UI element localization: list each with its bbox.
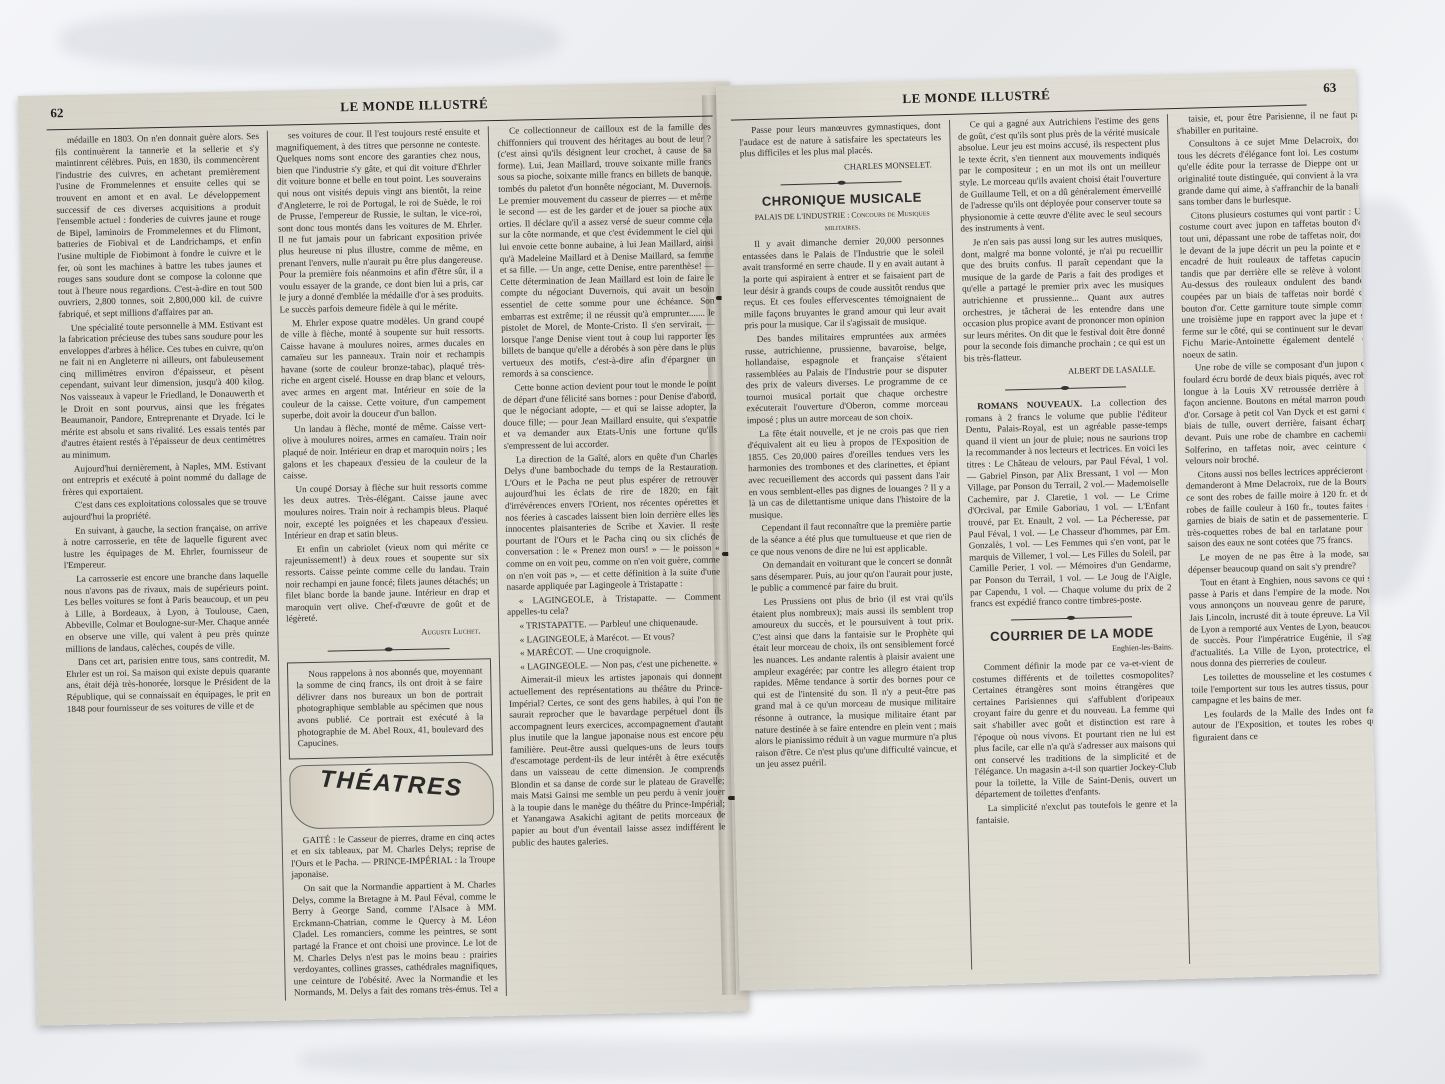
dateline: Enghien-les-Bains. (971, 642, 1173, 659)
paragraph: Cependant il faut reconnaître que la pre… (749, 518, 951, 558)
paragraph: médaille en 1803. On n'en donnait guère … (55, 131, 263, 321)
theatres-banner-title: THÉATRES (320, 773, 464, 794)
paragraph: Consultons à ce sujet Mme Delacroix, don… (1177, 134, 1365, 208)
romans-text: La collection des romans à 2 francs le v… (965, 396, 1171, 608)
paragraph: Citons aussi nos belles lectrices appréc… (1185, 465, 1374, 551)
paragraph: Il y avait dimanche dernier 20,000 perso… (742, 234, 946, 332)
page-number: 62 (50, 105, 63, 121)
column-3: taisie, et, pour être Parisienne, il ne … (1168, 109, 1379, 964)
newspaper-page-right: LE MONDE ILLUSTRÉ 63 Passe pour leurs ma… (716, 69, 1379, 990)
paragraph: Ce collectionneur de cailloux est de la … (497, 121, 716, 380)
paragraph: Je n'en sais pas aussi long sur les autr… (961, 232, 1166, 365)
paragraph: Une robe de ville se composant d'un jupo… (1183, 358, 1372, 467)
column-2: ses voitures de cour. Il l'est toujours … (268, 126, 507, 1000)
section-divider (328, 648, 450, 652)
subscriber-notice: Nous rappelons à nos abonnés que, moyenn… (287, 658, 493, 759)
paragraph: On demandait en voiturant que le concert… (750, 555, 952, 595)
columns: médaille en 1803. On n'en donnait guère … (47, 121, 737, 1005)
page-number: 63 (1323, 80, 1336, 96)
column-2: Ce qui a gagné aux Autrichiens l'estime … (950, 114, 1191, 969)
notice-text: Nous rappelons à nos abonnés que, moyenn… (296, 665, 484, 750)
paragraph: ses voitures de cour. Il l'est toujours … (276, 126, 484, 316)
paragraph: taisie, et, pour être Parisienne, il ne … (1176, 109, 1363, 137)
masthead: LE MONDE ILLUSTRÉ (98, 91, 730, 120)
paragraph: Aujourd'hui dernièrement, à Naples, MM. … (62, 460, 267, 499)
romans-lead: ROMANS NOUVEAUX. (977, 399, 1082, 412)
author-signature: Auguste Luchet. (286, 625, 480, 641)
paragraph: Un landau à flèche, monté de même. Caiss… (282, 420, 487, 482)
column-1: Passe pour leurs manœuvres gymnastiques,… (731, 120, 972, 975)
section-divider (781, 182, 902, 186)
column-1: médaille en 1803. On n'en donnait guère … (47, 131, 286, 1005)
paragraph: La fête était nouvelle, et je ne crois p… (747, 424, 951, 522)
paragraph: Une spécialité toute personnelle à MM. E… (59, 318, 266, 461)
paragraph: Aimerait-il mieux les artistes japonais … (508, 671, 725, 849)
paragraph: La simplicité n'exclut pas toutefois le … (976, 798, 1178, 826)
columns: Passe pour leurs manœuvres gymnastiques,… (731, 109, 1379, 975)
newspaper-page-left: 62 LE MONDE ILLUSTRÉ médaille en 1803. O… (18, 81, 749, 1026)
section-divider (1011, 616, 1132, 620)
theatres-banner-illustration: THÉATRES (289, 761, 494, 829)
paragraph: Les toilettes de mousseline et les costu… (1191, 668, 1379, 708)
section-heading: CHRONIQUE MUSICALE (741, 191, 943, 208)
paragraph: C'est dans ces exploitations colossales … (62, 496, 267, 523)
paragraph: Les foulards de la Malle des Indes ont f… (1192, 705, 1380, 745)
author-signature: ALBERT DE LASALLE. (964, 364, 1156, 381)
paragraph: En suivant, à gauche, la section françai… (63, 521, 268, 572)
paragraph: Des bandes militaires empruntées aux arm… (745, 329, 949, 427)
paragraph: M. Ehrler expose quatre modèles. Un gran… (280, 314, 486, 423)
paragraph: Les Prussiens ont plus de brio (il est v… (751, 592, 957, 771)
cloth-fold (300, 1040, 1200, 1080)
paragraph: La carrosserie est encore une branche da… (64, 570, 270, 655)
author-signature: CHARLES MONSELET. (740, 159, 932, 176)
paragraph: Tout en étant à Enghien, nous savons ce … (1188, 573, 1377, 671)
column-3: Ce collectionneur de cailloux est de la … (489, 121, 737, 996)
paragraph: Passe pour leurs manœuvres gymnastiques,… (739, 120, 941, 160)
paragraph: Le moyen de ne pas être à la mode, sans … (1188, 548, 1375, 576)
paragraph: Citons plusieurs costumes qui vont parti… (1179, 206, 1370, 362)
theatres-lead: GAITÉ : le Casseur de pierres, drame en … (291, 831, 496, 882)
theatres-body: On sait que la Normandie appartient à M.… (292, 879, 499, 1000)
paragraph: Et enfin un cabriolet (vieux nom qui mér… (285, 540, 491, 625)
paragraph: La direction de la Gaîté, alors en quête… (504, 450, 721, 594)
dialogue-line: « LAGINGEOLE, à Tristapatte. — Comment a… (507, 591, 721, 619)
section-heading: COURRIER DE LA MODE (971, 626, 1173, 643)
paragraph: Dans cet art, parisien entre tous, sans … (66, 653, 271, 715)
romans-nouveaux: ROMANS NOUVEAUX. La collection des roman… (965, 396, 1172, 610)
paragraph: Un coupé Dorsay à flèche sur huit ressor… (283, 480, 488, 542)
paragraph: Cette bonne action devient pour tout le … (502, 379, 717, 453)
section-divider (1005, 386, 1126, 390)
paragraph: Ce qui a gagné aux Autrichiens l'estime … (958, 114, 1163, 235)
cloth-fold (60, 10, 560, 70)
paragraph: Comment définir la mode par ce va-et-vie… (972, 657, 1177, 801)
section-subheading: PALAIS DE L'INDUSTRIE : Concours de Musi… (741, 207, 943, 235)
